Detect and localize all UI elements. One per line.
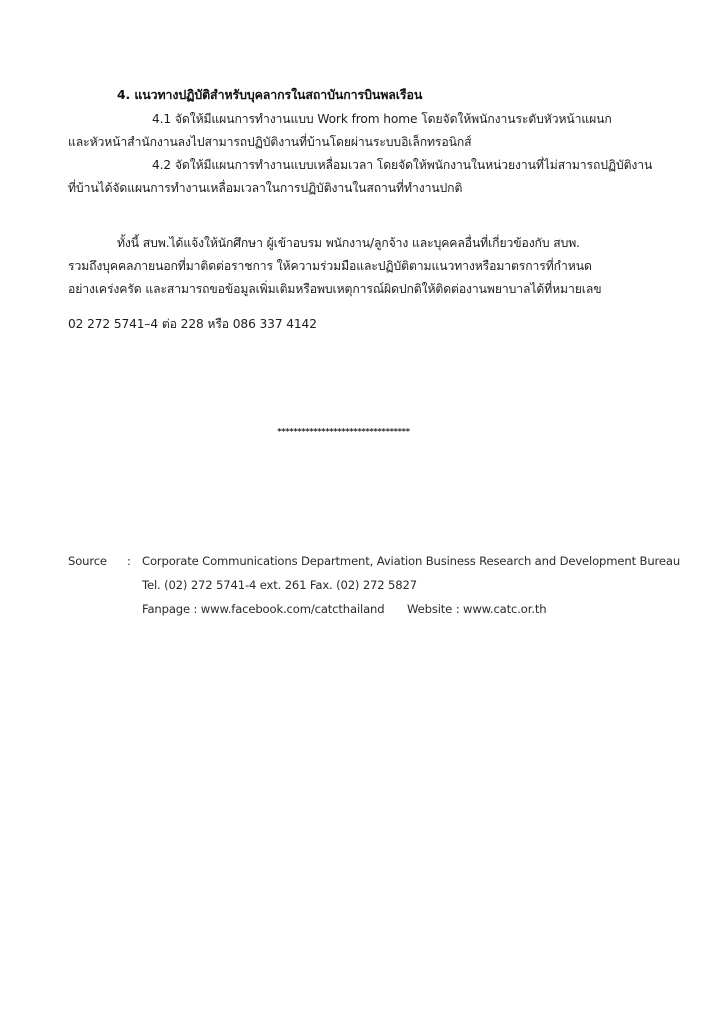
- closing-paragraph-line-1: ทั้งนี้ สบพ.ได้แจ้งให้นักศึกษา ผู้เข้าอบ…: [117, 235, 580, 251]
- item-4-1-line-2: และหัวหน้าสำนักงานลงไปสามารถปฏิบัติงานที…: [68, 134, 471, 150]
- item-4-2-line-2: ที่บ้านได้จัดแผนการทำงานเหลื่อมเวลาในการ…: [68, 180, 462, 196]
- source-colon: :: [127, 553, 131, 569]
- separator-asterisks: *********************************: [277, 427, 410, 437]
- item-4-1-line-1: 4.1 จัดให้มีแผนการทำงานแบบ Work from hom…: [152, 111, 612, 127]
- contact-phone-line: 02 272 5741–4 ต่อ 228 หรือ 086 337 4142: [68, 316, 317, 332]
- section-heading: 4. แนวทางปฏิบัติสำหรับบุคลากรในสถาบันการ…: [117, 87, 422, 103]
- document-page: 4. แนวทางปฏิบัติสำหรับบุคลากรในสถาบันการ…: [0, 0, 724, 1024]
- closing-paragraph-line-3: อย่างเคร่งครัด และสามารถขอข้อมูลเพิ่มเติ…: [68, 281, 601, 297]
- source-website-link[interactable]: Website : www.catc.or.th: [407, 601, 546, 617]
- source-fanpage-link[interactable]: Fanpage : www.facebook.com/catcthailand: [142, 601, 384, 617]
- source-label: Source: [68, 553, 107, 569]
- closing-paragraph-line-2: รวมถึงบุคคลภายนอกที่มาติดต่อราชการ ให้คว…: [68, 258, 592, 274]
- item-4-2-line-1: 4.2 จัดให้มีแผนการทำงานแบบเหลื่อมเวลา โด…: [152, 157, 652, 173]
- source-department: Corporate Communications Department, Avi…: [142, 553, 680, 569]
- source-tel-fax: Tel. (02) 272 5741-4 ext. 261 Fax. (02) …: [142, 577, 417, 593]
